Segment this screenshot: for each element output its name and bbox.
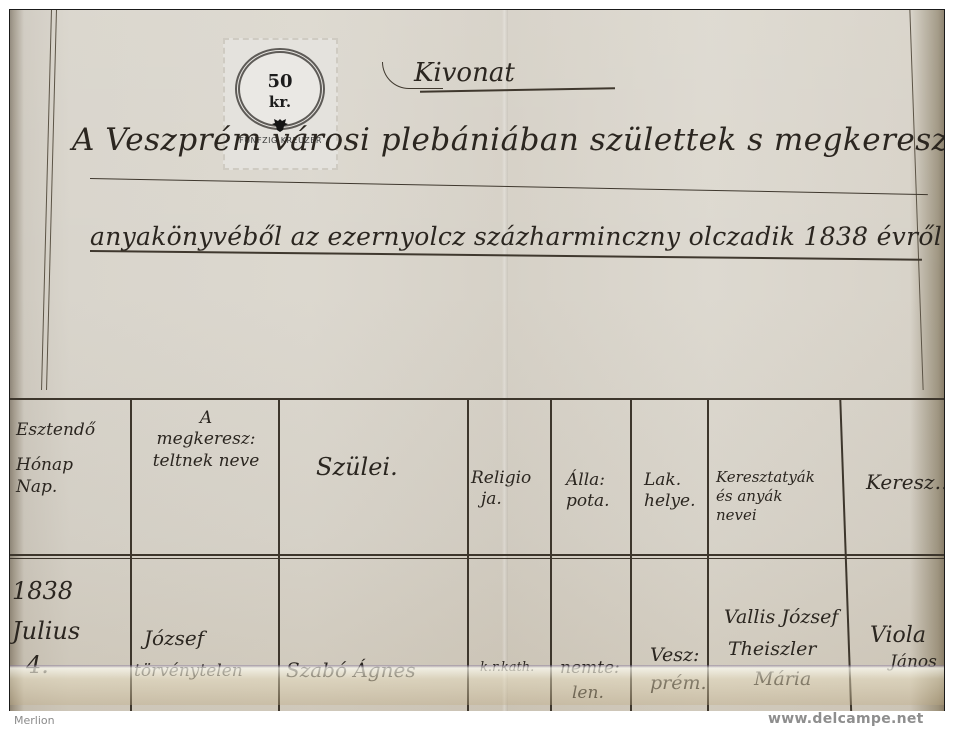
header-line: ja. [471,489,531,510]
header-parents: Szülei. [316,452,398,482]
header-bottom-rule [10,554,944,556]
horizontal-fold-crease [10,665,944,705]
right-margin-rule [909,10,923,390]
header-residence: Lak. helye. [644,470,696,513]
heading-line-1: A Veszprém városi plebániában születtek … [72,122,945,158]
heading-line-2: anyakönyvéből az ezernyolcz százharmincz… [90,222,942,251]
cell-line: Julius [12,616,80,646]
stamp-oval-frame: 50 kr. [235,48,325,130]
cell-line: 1838 [12,576,80,606]
header-line: megkeresz: [138,429,274,450]
header-line: Hónap [16,455,95,476]
header-baptizer: Keresz… [866,470,945,495]
header-line: nevei [716,506,815,525]
document-photo: 50 kr. FÜNFZIG KREUZER Kivonat A Veszpré… [9,9,945,712]
stamp-unit: kr. [240,93,320,111]
header-status: Álla: pota. [566,470,610,513]
document-title: Kivonat [414,58,515,88]
cell-line: Viola [870,622,937,650]
header-line: Szülei. [316,452,398,482]
cell-line: Theiszler [724,638,838,662]
cell-line: Vallis József [724,606,838,630]
header-line: Keresztatyák [716,468,815,487]
header-line: Álla: [566,470,610,491]
header-line: Lak. [644,470,696,491]
table-top-rule [10,398,944,400]
header-line: Keresz… [866,470,945,495]
left-margin-rule-inner [46,10,57,390]
header-line: Religio [471,468,531,489]
cell-line: József [134,626,243,651]
seller-name: Merlion [14,714,55,727]
header-religion: Religio ja. [471,468,531,511]
header-baptized-name: A megkeresz: teltnek neve [138,408,274,472]
header-bottom-rule-double [10,558,944,559]
register-table: Esztendő Hónap Nap. A megkeresz: teltnek… [10,390,944,712]
header-line: A [138,408,274,429]
stamp-value: 50 [240,71,320,92]
header-line: Esztendő [16,420,95,441]
header-line: pota. [566,491,610,512]
header-line: helye. [644,491,696,512]
site-watermark: www.delcampe.net [768,711,924,727]
header-year: Esztendő Hónap Nap. [16,420,95,498]
header-line: Nap. [16,477,95,498]
header-line: teltnek neve [138,451,274,472]
title-underline [420,87,615,92]
header-line: és anyák [716,487,815,506]
heading-line-1-underline [90,178,928,195]
header-godparents: Keresztatyák és anyák nevei [716,468,815,524]
